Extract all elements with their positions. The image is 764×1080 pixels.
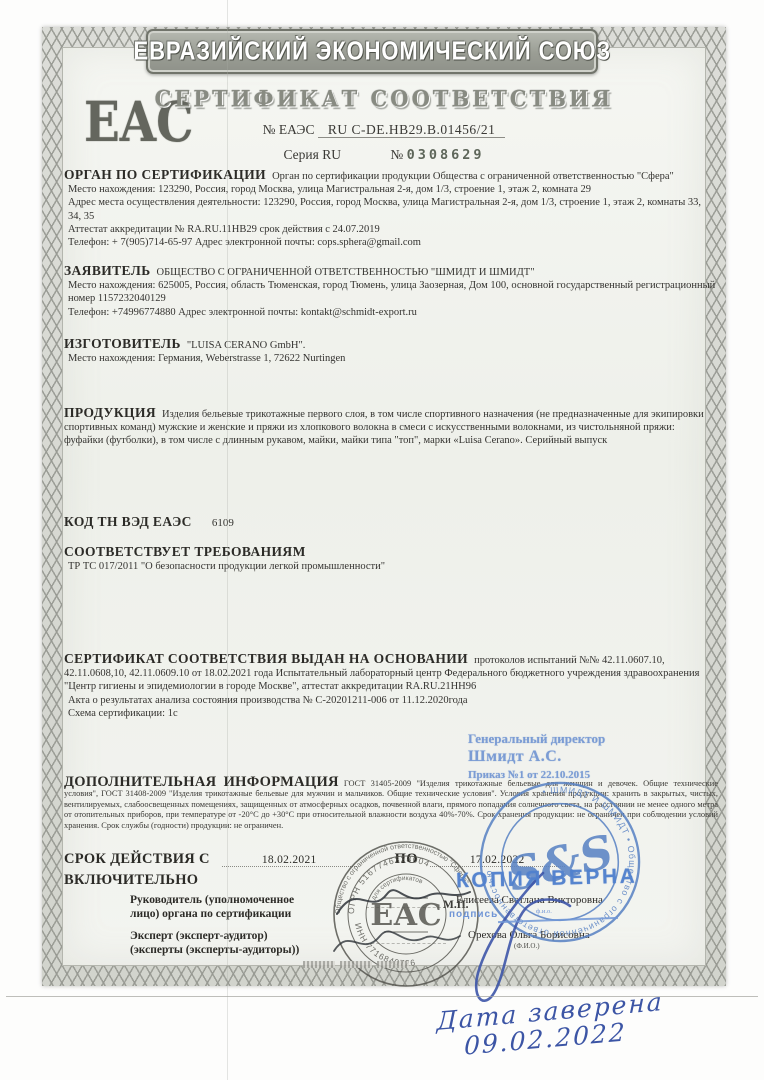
copy-verified-stamp: КОПИЯ ВЕРНА bbox=[456, 865, 638, 894]
document-title: СЕРТИФИКАТ СООТВЕТСТВИЯ bbox=[42, 85, 726, 112]
section-certification-body: ОРГАН ПО СЕРТИФИКАЦИИОрган по сертификац… bbox=[64, 168, 716, 249]
series-row: Серия RU № 0308629 bbox=[42, 147, 726, 163]
certification-body-name: Орган по сертификации продукции Общества… bbox=[272, 171, 674, 182]
certificate-number-label: № ЕАЭС bbox=[263, 122, 315, 137]
serial-no-label: № bbox=[390, 147, 403, 162]
section-requirements: СООТВЕТСТВУЕТ ТРЕБОВАНИЯМ ТР ТС 017/2011… bbox=[64, 545, 716, 573]
section-basis: СЕРТИФИКАТ СООТВЕТСТВИЯ ВЫДАН НА ОСНОВАН… bbox=[64, 652, 716, 720]
section-heading: ДОПОЛНИТЕЛЬНАЯ ИНФОРМАЦИЯ bbox=[64, 774, 339, 790]
applicant-name: ОБЩЕСТВО С ОГРАНИЧЕННОЙ ОТВЕТСТВЕННОСТЬЮ… bbox=[157, 267, 535, 278]
certificate-number: RU C-DE.HB29.B.01456/21 bbox=[318, 122, 506, 138]
section-production: ПРОДУКЦИЯИзделия бельевые трикотажные пе… bbox=[64, 406, 716, 448]
section-heading: ЗАЯВИТЕЛЬ bbox=[64, 263, 151, 278]
copy-stamp-fio-label: ф.и.о. bbox=[536, 908, 552, 915]
section-heading: ИЗГОТОВИТЕЛЬ bbox=[64, 336, 181, 351]
certification-body-line: Место нахождения: 123290, Россия, город … bbox=[64, 183, 716, 196]
certification-body-line: Адрес места осуществления деятельности: … bbox=[64, 196, 716, 222]
validity-suffix: ВКЛЮЧИТЕЛЬНО bbox=[64, 872, 198, 889]
section-tnved: КОД ТН ВЭД ЕАЭС6109 bbox=[64, 515, 716, 530]
basis-line: Акта о результатах анализа состояния про… bbox=[64, 694, 716, 707]
section-heading: ПРОДУКЦИЯ bbox=[64, 405, 156, 420]
section-applicant: ЗАЯВИТЕЛЬОБЩЕСТВО С ОГРАНИЧЕННОЙ ОТВЕТСТ… bbox=[64, 264, 716, 319]
basis-line: Схема сертификации: 1с bbox=[64, 707, 716, 720]
certificate-scan: ЕВРАЗИЙСКИЙ ЭКОНОМИЧЕСКИЙ СОЮЗ ЕАС СЕРТИ… bbox=[0, 0, 764, 1080]
scan-fold-line bbox=[227, 0, 228, 1080]
series-code: RU bbox=[322, 147, 341, 162]
certification-body-line: Телефон: + 7(905)714-65-97 Адрес электро… bbox=[64, 236, 716, 249]
eaeu-banner-title: ЕВРАЗИЙСКИЙ ЭКОНОМИЧЕСКИЙ СОЮЗ bbox=[133, 36, 610, 66]
copy-stamp-signature-label: подпись bbox=[449, 909, 498, 920]
requirement-line: ТР ТС 017/2011 "О безопасности продукции… bbox=[64, 560, 716, 573]
validity-prefix: СРОК ДЕЙСТВИЯ С bbox=[64, 851, 210, 867]
manufacturer-name: "LUISA CERANO GmbH". bbox=[187, 340, 306, 351]
eaeu-banner: ЕВРАЗИЙСКИЙ ЭКОНОМИЧЕСКИЙ СОЮЗ bbox=[146, 29, 598, 74]
certificate-number-row: № ЕАЭС RU C-DE.HB29.B.01456/21 bbox=[42, 122, 726, 138]
section-heading: СЕРТИФИКАТ СООТВЕТСТВИЯ ВЫДАН НА ОСНОВАН… bbox=[64, 651, 468, 666]
production-description: Изделия бельевые трикотажные первого сло… bbox=[64, 409, 704, 446]
director-title: Генеральный директор bbox=[468, 731, 605, 747]
applicant-line: Телефон: +74996774880 Адрес электронной … bbox=[64, 306, 716, 319]
tnved-code: 6109 bbox=[212, 517, 234, 529]
series-label: Серия bbox=[283, 147, 318, 162]
serial-number: 0308629 bbox=[407, 147, 485, 163]
section-heading: ОРГАН ПО СЕРТИФИКАЦИИ bbox=[64, 167, 266, 182]
certification-body-line: Аттестат аккредитации № RA.RU.11НВ29 сро… bbox=[64, 223, 716, 236]
applicant-line: Место нахождения: 625005, Россия, област… bbox=[64, 279, 716, 305]
section-heading: КОД ТН ВЭД ЕАЭС bbox=[64, 514, 192, 529]
section-manufacturer: ИЗГОТОВИТЕЛЬ"LUISA CERANO GmbH". Место н… bbox=[64, 337, 716, 365]
printers-imprint bbox=[303, 961, 409, 968]
manufacturer-line: Место нахождения: Германия, Weberstrasse… bbox=[64, 352, 716, 365]
director-name: Шмидт А.С. bbox=[468, 748, 605, 766]
section-heading: СООТВЕТСТВУЕТ ТРЕБОВАНИЯМ bbox=[64, 544, 306, 559]
